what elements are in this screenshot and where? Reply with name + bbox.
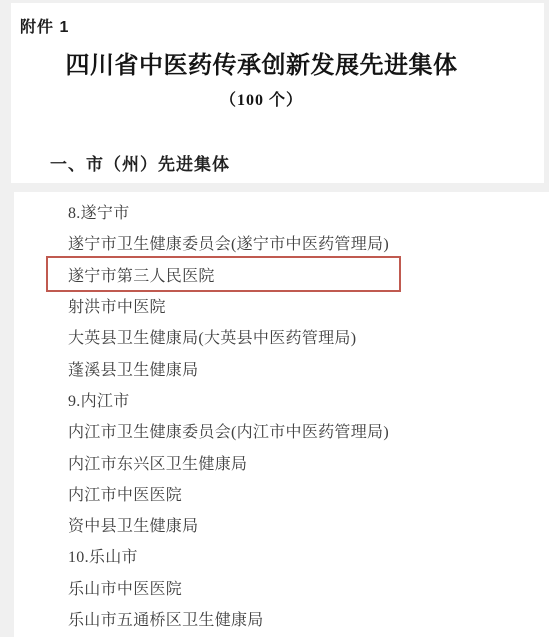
list-item-text: 资中县卫生健康局 xyxy=(68,513,198,536)
list-item-organization: 遂宁市第三人民医院 xyxy=(0,259,549,290)
list-item-organization: 内江市卫生健康委员会(内江市中医药管理局) xyxy=(0,415,549,446)
scanned-document: 附件 1 四川省中医药传承创新发展先进集体 （100 个） 一、市（州）先进集体… xyxy=(0,0,549,637)
list-item-organization: 遂宁市卫生健康委员会(遂宁市中医药管理局) xyxy=(0,227,549,258)
list-item-city-number: 10.乐山市 xyxy=(0,540,549,571)
document-subtitle: （100 个） xyxy=(0,87,523,110)
list-item-organization: 内江市东兴区卫生健康局 xyxy=(0,446,549,477)
list-item-text: 射洪市中医院 xyxy=(68,294,166,317)
list-item-city-number: 9.内江市 xyxy=(0,384,549,415)
list-item-text: 乐山市五通桥区卫生健康局 xyxy=(68,607,264,630)
list-item-text: 内江市卫生健康委员会(内江市中医药管理局) xyxy=(68,419,389,442)
list-item-city-number: 8.遂宁市 xyxy=(0,196,549,227)
list-item-organization: 大英县卫生健康局(大英县中医药管理局) xyxy=(0,321,549,352)
list-item-text: 8.遂宁市 xyxy=(68,200,130,223)
list-item-organization: 蓬溪县卫生健康局 xyxy=(0,352,549,383)
collectives-list: 8.遂宁市遂宁市卫生健康委员会(遂宁市中医药管理局)遂宁市第三人民医院射洪市中医… xyxy=(0,196,549,634)
list-item-text: 遂宁市第三人民医院 xyxy=(68,263,215,286)
scan-edge-right-upper xyxy=(544,0,549,184)
section-heading: 一、市（州）先进集体 xyxy=(50,150,230,175)
list-item-text: 10.乐山市 xyxy=(68,544,138,567)
list-item-text: 蓬溪县卫生健康局 xyxy=(68,357,198,380)
list-item-organization: 内江市中医医院 xyxy=(0,478,549,509)
list-item-organization: 乐山市中医医院 xyxy=(0,572,549,603)
list-item-text: 乐山市中医医院 xyxy=(68,576,182,599)
list-item-text: 内江市中医医院 xyxy=(68,482,182,505)
scan-edge-top xyxy=(0,0,549,3)
scan-divider-band xyxy=(0,183,549,192)
list-item-text: 9.内江市 xyxy=(68,388,130,411)
document-title: 四川省中医药传承创新发展先进集体 xyxy=(0,45,523,80)
attachment-label: 附件 1 xyxy=(20,14,69,37)
list-item-text: 遂宁市卫生健康委员会(遂宁市中医药管理局) xyxy=(68,231,389,254)
list-item-text: 大英县卫生健康局(大英县中医药管理局) xyxy=(68,325,356,348)
list-item-organization: 射洪市中医院 xyxy=(0,290,549,321)
list-item-organization: 资中县卫生健康局 xyxy=(0,509,549,540)
list-item-text: 内江市东兴区卫生健康局 xyxy=(68,451,247,474)
list-item-organization: 乐山市五通桥区卫生健康局 xyxy=(0,603,549,634)
